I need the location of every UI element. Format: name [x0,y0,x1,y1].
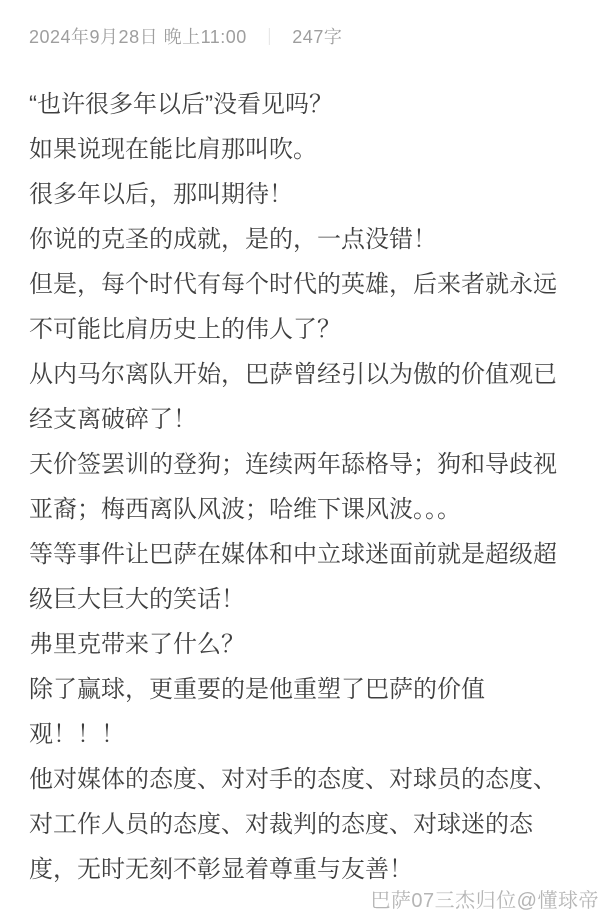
article-line: 度，无时无刻不彰显着尊重与友善！ [29,847,585,892]
article-line: 他对媒体的态度、对对手的态度、对球员的态度、 [29,757,585,802]
post-page: 2024年9月28日 晚上11:00 ｜ 247字 “也许很多年以后”没看见吗？… [0,0,610,918]
article-line: 观！！！ [29,712,585,757]
article-line: 不可能比肩历史上的伟人了？ [29,307,585,352]
article-text: “也许很多年以后”没看见吗？如果说现在能比肩那叫吹。很多年以后，那叫期待！你说的… [29,82,585,892]
post-meta-header: 2024年9月28日 晚上11:00 ｜ 247字 [29,24,342,48]
article-line: 你说的克圣的成就，是的，一点没错！ [29,217,585,262]
article-line: “也许很多年以后”没看见吗？ [29,82,585,127]
article-line: 经支离破碎了！ [29,397,585,442]
article-line: 天价签罢训的登狗；连续两年舔格导；狗和导歧视 [29,442,585,487]
article-line: 对工作人员的态度、对裁判的态度、对球迷的态 [29,802,585,847]
article-line: 亚裔；梅西离队风波；哈维下课风波。。。 [29,487,585,532]
article-line: 除了赢球，更重要的是他重塑了巴萨的价值 [29,667,585,712]
article-line: 很多年以后，那叫期待！ [29,172,585,217]
article-line: 等等事件让巴萨在媒体和中立球迷面前就是超级超 [29,532,585,577]
article-line: 但是，每个时代有每个时代的英雄，后来者就永远 [29,262,585,307]
article-line: 弗里克带来了什么？ [29,622,585,667]
post-date-time: 2024年9月28日 晚上11:00 [29,23,247,49]
author-watermark: 巴萨07三杰归位@懂球帝 [370,891,599,911]
article-line: 如果说现在能比肩那叫吹。 [29,127,585,172]
article-line: 级巨大巨大的笑话！ [29,577,585,622]
post-word-count: 247字 [292,23,342,49]
article-line: 从内马尔离队开始，巴萨曾经引以为傲的价值观已 [29,352,585,397]
meta-separator: ｜ [261,23,279,48]
